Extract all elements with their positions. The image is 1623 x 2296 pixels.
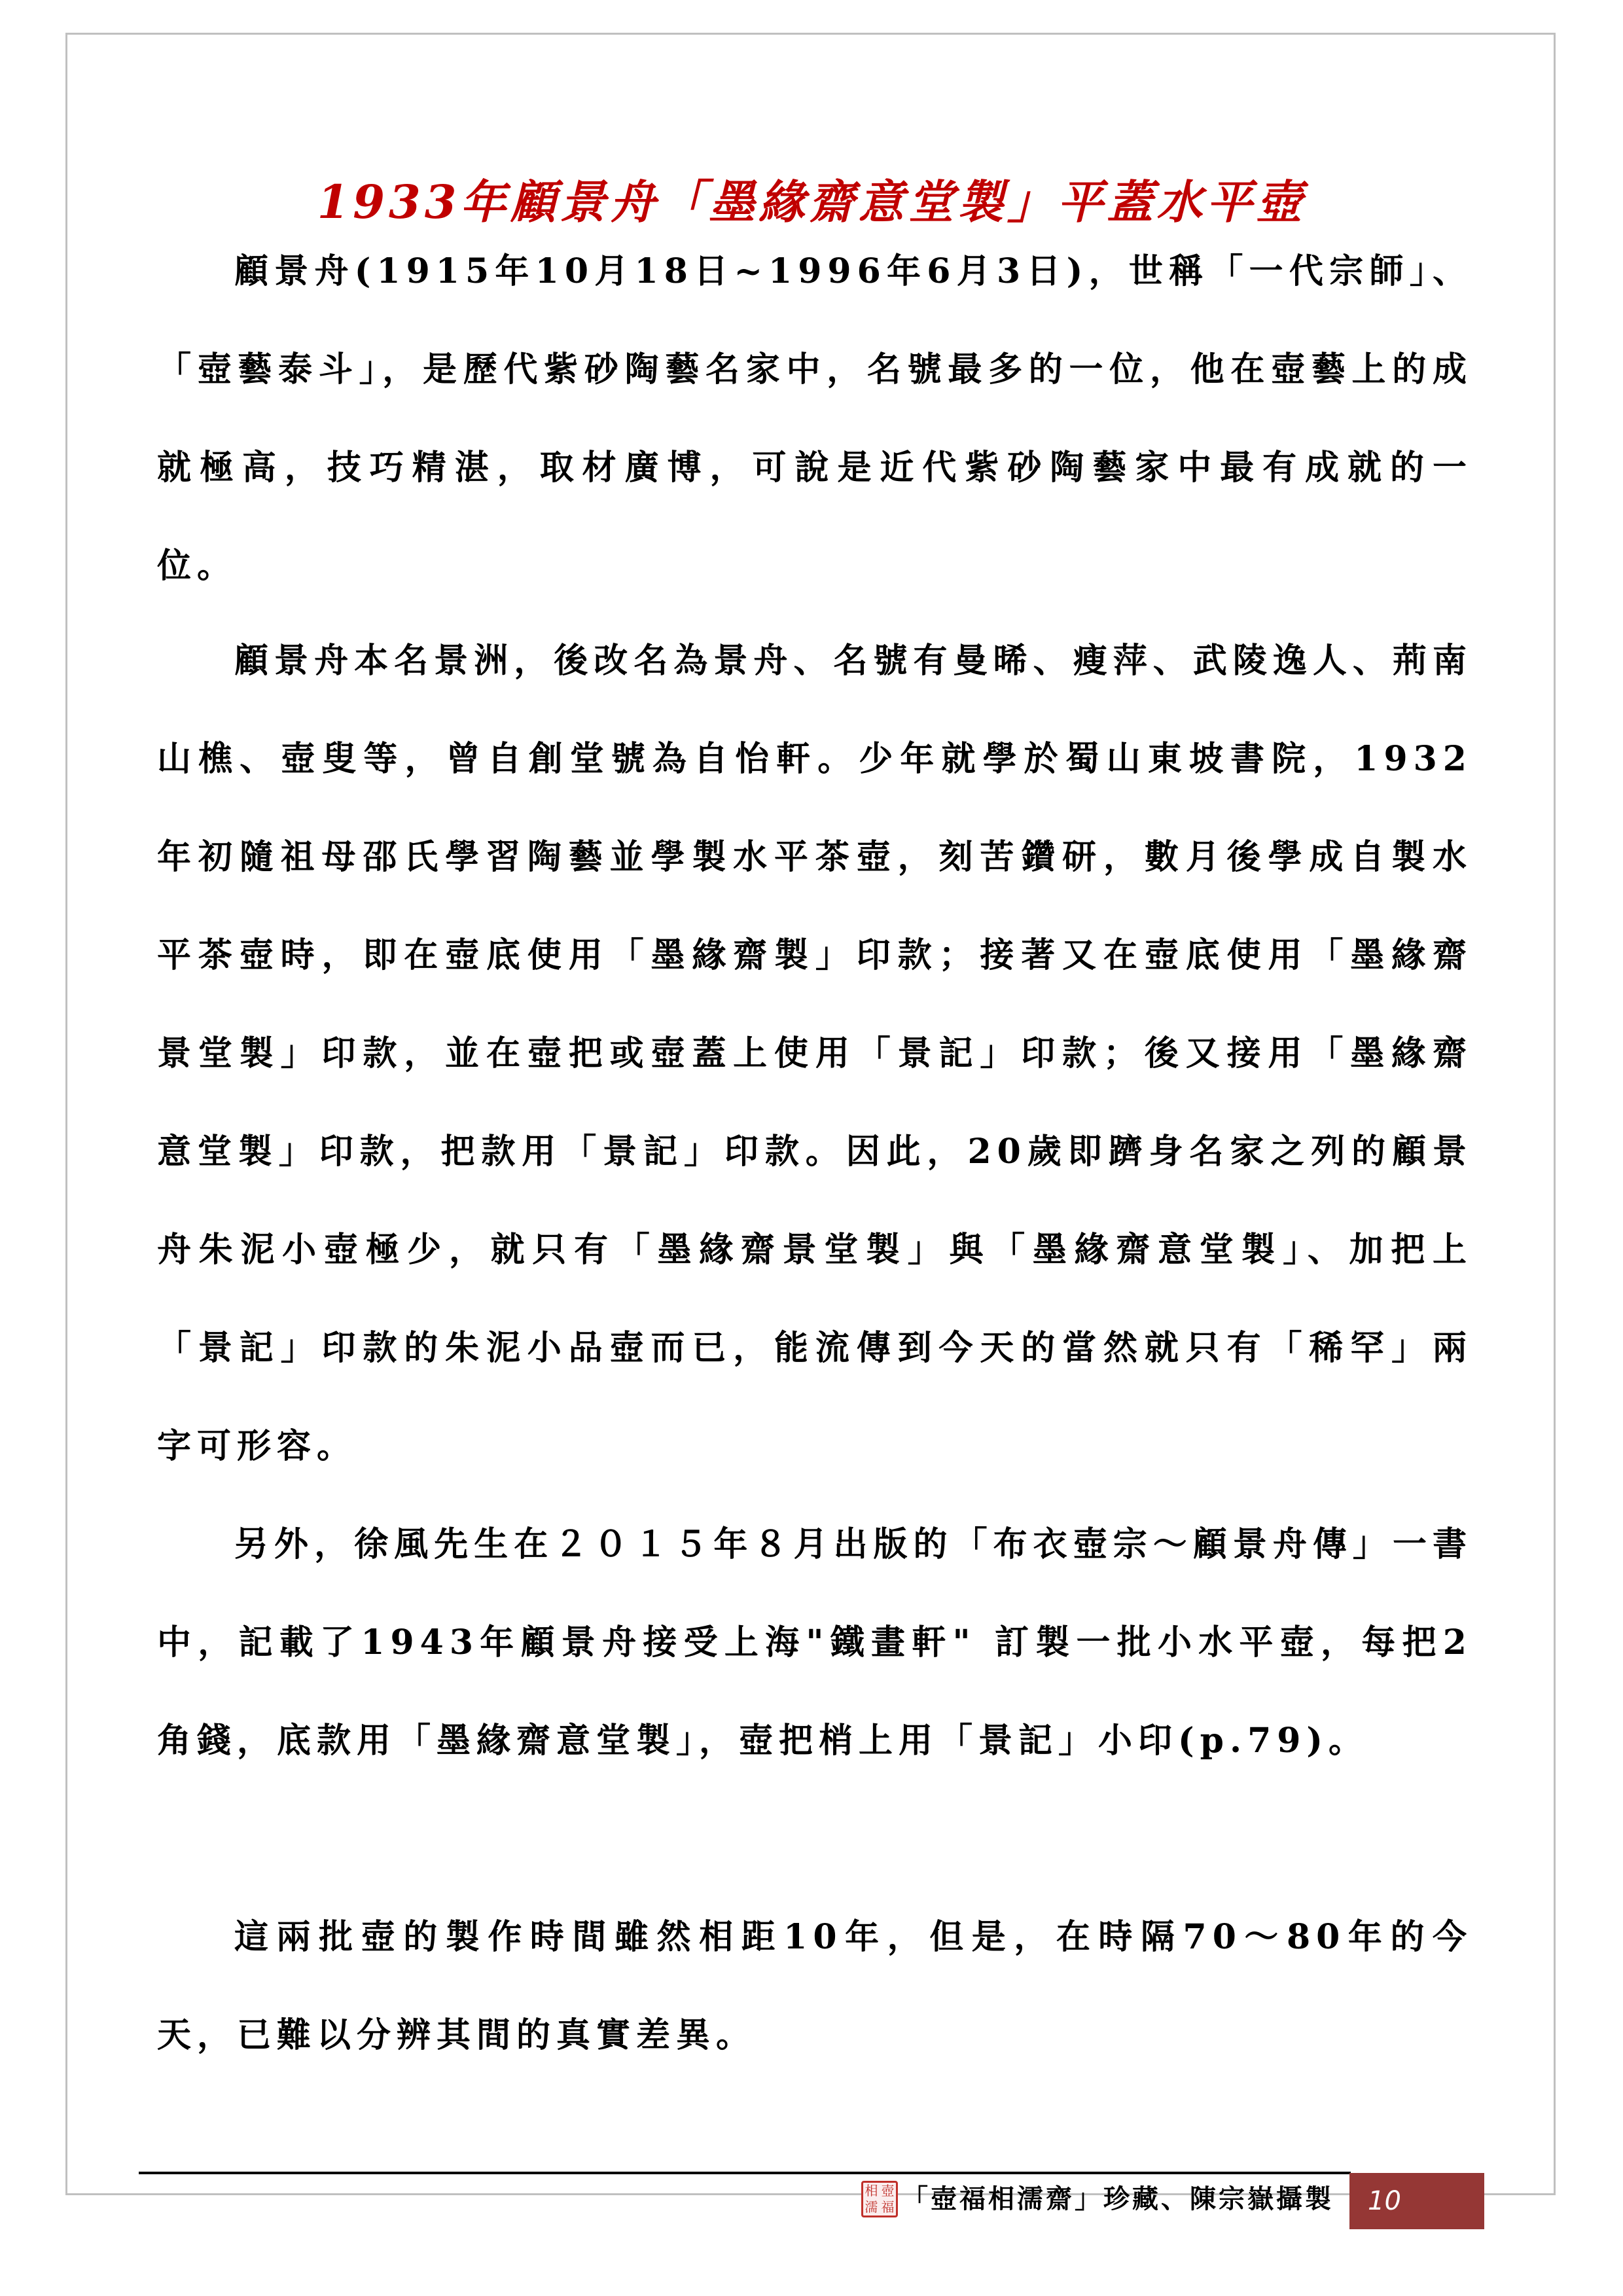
seal-char: 福: [880, 2199, 896, 2215]
seal-char: 濡: [863, 2199, 880, 2215]
paragraph-text: 顧景舟(1915年10月18日~1996年6月3日)，世稱「一代宗師」、「壺藝泰…: [157, 223, 1472, 615]
paragraph-1: 顧景舟(1915年10月18日~1996年6月3日)，世稱「一代宗師」、「壺藝泰…: [157, 223, 1472, 615]
paragraph-3: 另外，徐風先生在２０１５年８月出版的「布衣壺宗～顧景舟傳」一書中，記載了1943…: [157, 1496, 1472, 1790]
paragraph-text: 這兩批壺的製作時間雖然相距10年，但是，在時隔70～80年的今天，已難以分辨其間…: [157, 1888, 1472, 2085]
paragraph-4: 這兩批壺的製作時間雖然相距10年，但是，在時隔70～80年的今天，已難以分辨其間…: [157, 1888, 1472, 2085]
seal-stamp-icon: 相 壺 濡 福: [861, 2181, 898, 2217]
paragraph-2: 顧景舟本名景洲，後改名為景舟、名號有曼晞、瘦萍、武陵逸人、荊南山樵、壺叟等，曾自…: [157, 612, 1472, 1496]
seal-char: 壺: [880, 2183, 896, 2199]
footer-credit: 「壺福相濡齋」珍藏、陳宗嶽攝製: [902, 2178, 1334, 2220]
seal-char: 相: [863, 2183, 880, 2199]
footer-divider: [139, 2172, 1351, 2174]
page-number-badge: 10: [1349, 2173, 1484, 2229]
paragraph-text: 顧景舟本名景洲，後改名為景舟、名號有曼晞、瘦萍、武陵逸人、荊南山樵、壺叟等，曾自…: [157, 612, 1472, 1496]
paragraph-text: 另外，徐風先生在２０１５年８月出版的「布衣壺宗～顧景舟傳」一書中，記載了1943…: [157, 1496, 1472, 1790]
